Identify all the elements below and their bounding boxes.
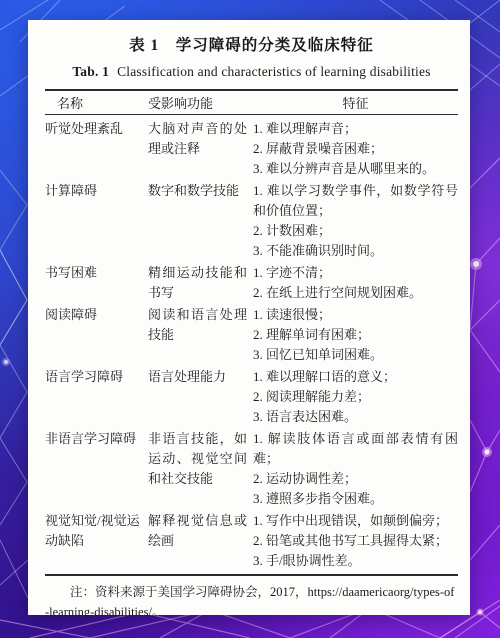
row-name: 非语言学习障碍 xyxy=(45,429,148,449)
feature-item: 1. 写作中出现错误，如颠倒偏旁； xyxy=(253,511,458,531)
table-title-en: Tab. 1Classification and characteristics… xyxy=(45,64,458,80)
column-header-function: 受影响功能 xyxy=(148,93,253,112)
row-features: 1. 难以理解口语的意义；2. 阅读理解能力差；3. 语言表达困难。 xyxy=(253,367,458,427)
table-row: 计算障碍数字和数学技能1. 难以学习数学事件，如数学符号和价值位置；2. 计数困… xyxy=(45,180,458,262)
learning-disabilities-table: 名称 受影响功能 特征 听觉处理紊乱大脑对声音的处理或注释1. 难以理解声音；2… xyxy=(45,89,458,576)
feature-item: 1. 字迹不清； xyxy=(253,263,458,283)
row-affected-function: 数字和数学技能 xyxy=(148,181,253,201)
table-title-zh: 表 1 学习障碍的分类及临床特征 xyxy=(45,30,458,55)
feature-item: 2. 在纸上进行空间规划困难。 xyxy=(253,283,458,303)
feature-item: 2. 理解单词有困难； xyxy=(253,325,458,345)
row-features: 1. 读速很慢；2. 理解单词有困难；3. 回忆已知单词困难。 xyxy=(253,305,458,365)
feature-item: 3. 难以分辨声音是从哪里来的。 xyxy=(253,159,458,179)
row-name: 计算障碍 xyxy=(45,181,148,201)
table-header-row: 名称 受影响功能 特征 xyxy=(45,91,458,115)
row-affected-function: 大脑对声音的处理或注释 xyxy=(148,119,253,159)
row-features: 1. 字迹不清；2. 在纸上进行空间规划困难。 xyxy=(253,263,458,303)
feature-item: 3. 语言表达困难。 xyxy=(253,407,458,427)
table-title-en-text: Classification and characteristics of le… xyxy=(117,64,431,79)
feature-item: 3. 遵照多步指令困难。 xyxy=(253,489,458,509)
table-body: 听觉处理紊乱大脑对声音的处理或注释1. 难以理解声音；2. 屏蔽背景噪音困难；3… xyxy=(45,115,458,574)
table-number-label: Tab. 1 xyxy=(72,64,109,79)
feature-item: 2. 铅笔或其他书写工具握得太紧； xyxy=(253,531,458,551)
table-row: 听觉处理紊乱大脑对声音的处理或注释1. 难以理解声音；2. 屏蔽背景噪音困难；3… xyxy=(45,118,458,180)
row-features: 1. 难以学习数学事件，如数学符号和价值位置；2. 计数困难；3. 不能准确识别… xyxy=(253,181,458,261)
feature-item: 1. 解读肢体语言或面部表情有困难； xyxy=(253,429,458,469)
feature-item: 1. 难以理解口语的意义； xyxy=(253,367,458,387)
row-name: 听觉处理紊乱 xyxy=(45,119,148,139)
feature-item: 3. 不能准确识别时间。 xyxy=(253,241,458,261)
table-row: 阅读障碍阅读和语言处理技能1. 读速很慢；2. 理解单词有困难；3. 回忆已知单… xyxy=(45,304,458,366)
feature-item: 2. 屏蔽背景噪音困难； xyxy=(253,139,458,159)
row-affected-function: 解释视觉信息或绘画 xyxy=(148,511,253,551)
feature-item: 2. 计数困难； xyxy=(253,221,458,241)
table-row: 非语言学习障碍非语言技能，如运动、视觉空间和社交技能1. 解读肢体语言或面部表情… xyxy=(45,428,458,510)
source-note: 注：资料来源于美国学习障碍协会，2017，https://daamericaor… xyxy=(45,582,458,622)
feature-item: 1. 难以学习数学事件，如数学符号和价值位置； xyxy=(253,181,458,221)
feature-item: 2. 阅读理解能力差； xyxy=(253,387,458,407)
feature-item: 3. 手/眼协调性差。 xyxy=(253,551,458,571)
feature-item: 3. 回忆已知单词困难。 xyxy=(253,345,458,365)
row-features: 1. 难以理解声音；2. 屏蔽背景噪音困难；3. 难以分辨声音是从哪里来的。 xyxy=(253,119,458,179)
column-header-features: 特征 xyxy=(253,93,458,112)
table-row: 语言学习障碍语言处理能力1. 难以理解口语的意义；2. 阅读理解能力差；3. 语… xyxy=(45,366,458,428)
row-features: 1. 写作中出现错误，如颠倒偏旁；2. 铅笔或其他书写工具握得太紧；3. 手/眼… xyxy=(253,511,458,571)
column-header-name: 名称 xyxy=(45,93,148,112)
table-row: 视觉知觉/视觉运动缺陷解释视觉信息或绘画1. 写作中出现错误，如颠倒偏旁；2. … xyxy=(45,510,458,572)
table-row: 书写困难精细运动技能和书写1. 字迹不清；2. 在纸上进行空间规划困难。 xyxy=(45,262,458,304)
row-affected-function: 语言处理能力 xyxy=(148,367,253,387)
row-affected-function: 精细运动技能和书写 xyxy=(148,263,253,303)
row-name: 阅读障碍 xyxy=(45,305,148,325)
feature-item: 1. 难以理解声音； xyxy=(253,119,458,139)
table-card: 表 1 学习障碍的分类及临床特征 Tab. 1Classification an… xyxy=(28,20,470,615)
feature-item: 2. 运动协调性差； xyxy=(253,469,458,489)
row-affected-function: 阅读和语言处理技能 xyxy=(148,305,253,345)
feature-item: 1. 读速很慢； xyxy=(253,305,458,325)
row-affected-function: 非语言技能，如运动、视觉空间和社交技能 xyxy=(148,429,253,489)
row-features: 1. 解读肢体语言或面部表情有困难；2. 运动协调性差；3. 遵照多步指令困难。 xyxy=(253,429,458,509)
row-name: 语言学习障碍 xyxy=(45,367,148,387)
row-name: 书写困难 xyxy=(45,263,148,283)
row-name: 视觉知觉/视觉运动缺陷 xyxy=(45,511,148,551)
